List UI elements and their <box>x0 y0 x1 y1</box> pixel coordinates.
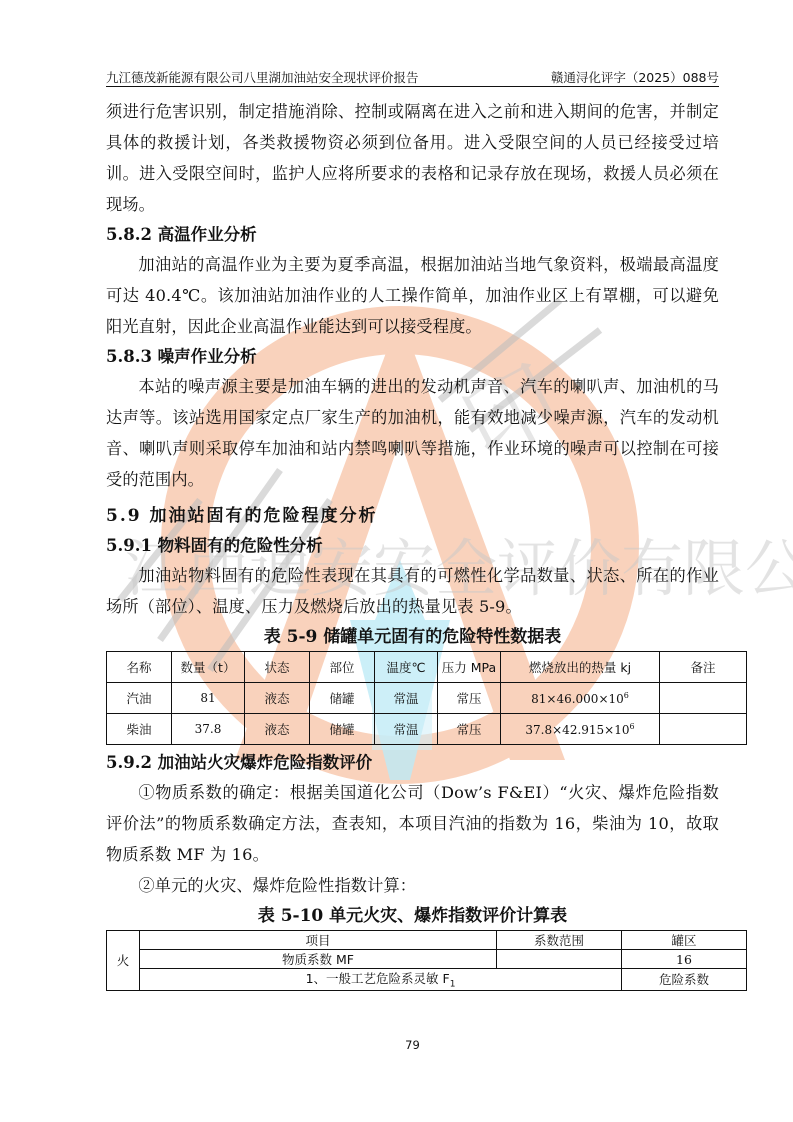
paragraph-confined-space: 须进行危害识别，制定措施消除、控制或隔离在进入之前和进入期间的危害，并制定具体的… <box>106 96 719 220</box>
cell-item: 物质系数 MF <box>140 950 497 969</box>
paragraph-material-factor: ①物质系数的确定：根据美国道化公司（Dow’s F&EI）“火灾、爆炸危险指数评… <box>106 777 719 870</box>
heading-5-8-3: 5.8.3 噪声作业分析 <box>106 342 719 371</box>
table-5-10-caption: 表 5-10 单元火灾、爆炸指数评价计算表 <box>106 902 719 930</box>
side-label: 火 <box>107 931 140 991</box>
table-header-row: 火 项目 系数范围 罐区 <box>107 931 747 950</box>
cell-qty: 81 <box>172 683 245 714</box>
table-5-9: 名称 数量（t） 状态 部位 温度℃ 压力 MPa 燃烧放出的热量 kj 备注 … <box>106 651 747 745</box>
heading-5-9-1: 5.9.1 物料固有的危险性分析 <box>106 531 719 560</box>
heading-5-9: 5.9 加油站固有的危险程度分析 <box>106 501 719 531</box>
heading-5-9-2: 5.9.2 加油站火灾爆炸危险指数评价 <box>106 748 719 777</box>
table-header-row: 名称 数量（t） 状态 部位 温度℃ 压力 MPa 燃烧放出的热量 kj 备注 <box>107 652 747 683</box>
col-header: 压力 MPa <box>438 652 501 683</box>
col-header: 燃烧放出的热量 kj <box>501 652 660 683</box>
col-header: 温度℃ <box>375 652 438 683</box>
cell-note <box>660 714 747 745</box>
table-row: 汽油 81 液态 储罐 常温 常压 81×46.000×106 <box>107 683 747 714</box>
paragraph-material-hazard: 加油站物料固有的危险性表现在其具有的可燃性化学品数量、状态、所在的作业场所（部位… <box>106 560 719 622</box>
col-header: 名称 <box>107 652 172 683</box>
cell-value: 16 <box>622 950 747 969</box>
cell-location: 储罐 <box>310 714 375 745</box>
col-header: 备注 <box>660 652 747 683</box>
col-header: 数量（t） <box>172 652 245 683</box>
cell-qty: 37.8 <box>172 714 245 745</box>
paragraph-noise: 本站的噪声源主要是加油车辆的进出的发动机声音、汽车的喇叭声、加油机的马达声等。该… <box>106 371 719 495</box>
table-5-10: 火 项目 系数范围 罐区 物质系数 MF 16 1、一般工艺危险系灵敏 F1 危… <box>106 930 747 991</box>
document-body: 须进行危害识别，制定措施消除、控制或隔离在进入之前和进入期间的危害，并制定具体的… <box>106 96 719 991</box>
col-header-area: 罐区 <box>622 931 747 950</box>
cell-heat: 37.8×42.915×106 <box>501 714 660 745</box>
col-header: 状态 <box>245 652 310 683</box>
report-title: 九江德茂新能源有限公司八里湖加油站安全现状评价报告 <box>106 68 419 86</box>
col-header-item: 项目 <box>140 931 497 950</box>
cell-temp: 常温 <box>375 683 438 714</box>
cell-temp: 常温 <box>375 714 438 745</box>
report-number: 赣通浔化评字（2025）088号 <box>551 68 719 86</box>
table-row: 物质系数 MF 16 <box>107 950 747 969</box>
cell-range <box>497 950 622 969</box>
cell-note <box>660 683 747 714</box>
col-header: 部位 <box>310 652 375 683</box>
cell-item: 1、一般工艺危险系灵敏 F1 <box>140 969 622 991</box>
cell-pressure: 常压 <box>438 714 501 745</box>
paragraph-index-calc: ②单元的火灾、爆炸危险性指数计算： <box>106 870 719 901</box>
cell-name: 柴油 <box>107 714 172 745</box>
cell-location: 储罐 <box>310 683 375 714</box>
cell-name: 汽油 <box>107 683 172 714</box>
cell-pressure: 常压 <box>438 683 501 714</box>
page-header: 九江德茂新能源有限公司八里湖加油站安全现状评价报告 赣通浔化评字（2025）08… <box>106 66 719 87</box>
cell-heat: 81×46.000×106 <box>501 683 660 714</box>
paragraph-high-temp: 加油站的高温作业为主要为夏季高温，根据加油站当地气象资料，极端最高温度可达 40… <box>106 249 719 342</box>
heading-5-8-2: 5.8.2 高温作业分析 <box>106 220 719 249</box>
page-number: 79 <box>106 1038 719 1052</box>
cell-state: 液态 <box>245 714 310 745</box>
table-row: 柴油 37.8 液态 储罐 常温 常压 37.8×42.915×106 <box>107 714 747 745</box>
table-row: 1、一般工艺危险系灵敏 F1 危险系数 <box>107 969 747 991</box>
col-header-range: 系数范围 <box>497 931 622 950</box>
cell-value: 危险系数 <box>622 969 747 991</box>
table-5-9-caption: 表 5-9 储罐单元固有的危险特性数据表 <box>106 623 719 651</box>
cell-state: 液态 <box>245 683 310 714</box>
